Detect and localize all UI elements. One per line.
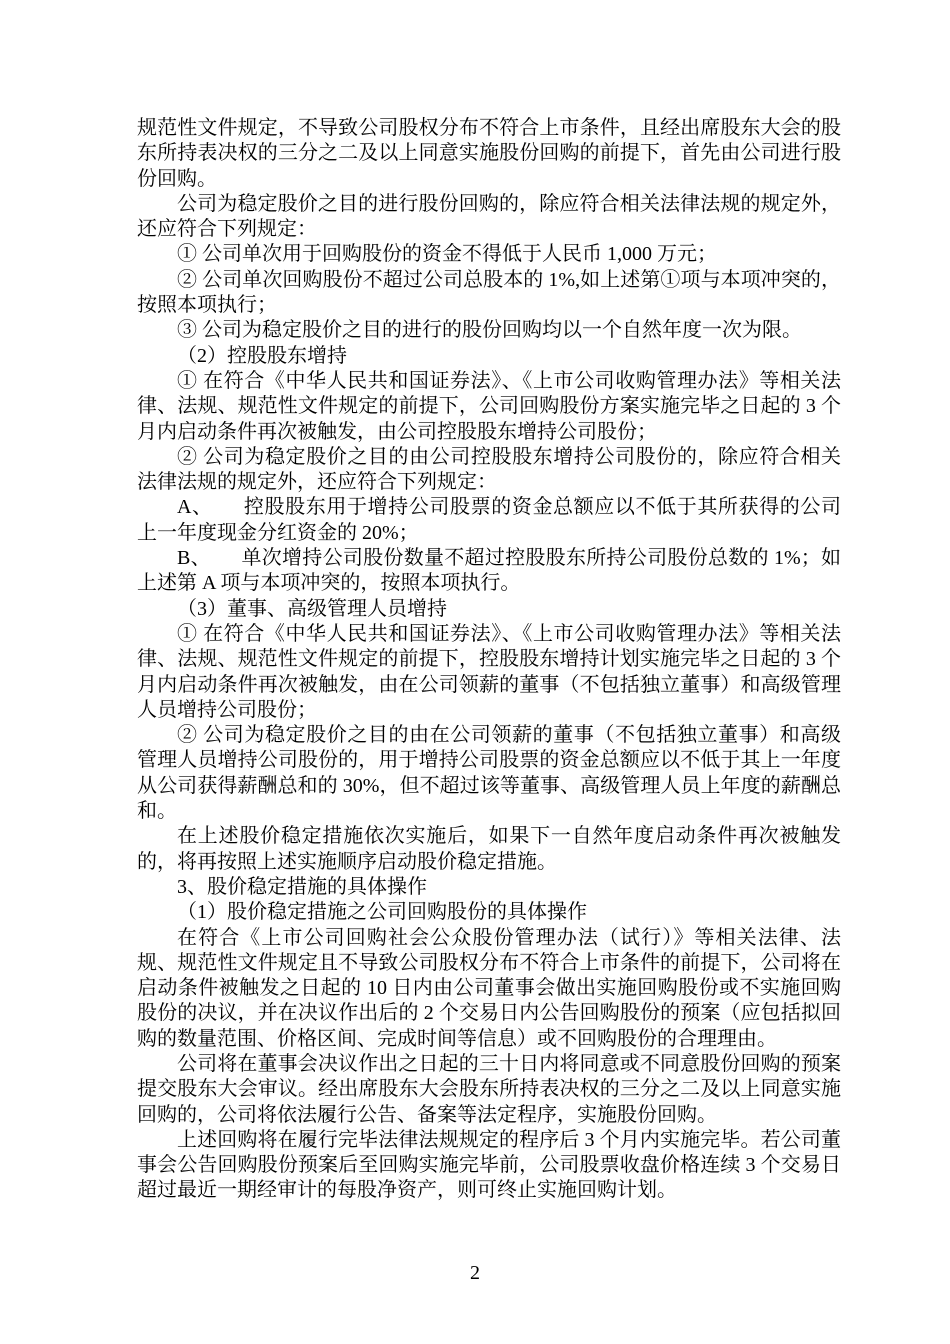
section-heading-operations-1: （1）股价稳定措施之公司回购股份的具体操作	[137, 900, 841, 925]
clause-holder-item-2: ② 公司为稳定股价之目的由公司控股股东增持公司股份的，除应符合相关法律法规的规定…	[137, 445, 841, 496]
clause-holder-sub-b: B、 单次增持公司股份数量不超过控股股东所持公司股份总数的 1%；如上述第 A …	[137, 546, 841, 597]
paragraph-operation-detail-3: 上述回购将在履行完毕法律法规规定的程序后 3 个月内实施完毕。若公司董事会公告回…	[137, 1128, 841, 1204]
page-footer: 2	[0, 1261, 950, 1285]
clause-holder-item-1: ① 在符合《中华人民共和国证券法》、《上市公司收购管理办法》等相关法律、法规、规…	[137, 369, 841, 445]
section-heading-3: （3）董事、高级管理人员增持	[137, 597, 841, 622]
clause-buyback-item-3: ③ 公司为稳定股价之目的进行的股份回购均以一个自然年度一次为限。	[137, 318, 841, 343]
document-body: 规范性文件规定，不导致公司股权分布不符合上市条件，且经出席股东大会的股东所持表决…	[137, 116, 841, 1204]
clause-holder-sub-a: A、 控股股东用于增持公司股票的资金总额应以不低于其所获得的公司上一年度现金分红…	[137, 495, 841, 546]
paragraph-operation-detail-1: 在符合《上市公司回购社会公众股份管理办法（试行）》等相关法律、法规、规范性文件规…	[137, 926, 841, 1052]
clause-director-item-1: ① 在符合《中华人民共和国证券法》、《上市公司收购管理办法》等相关法律、法规、规…	[137, 622, 841, 723]
paragraph-continuation: 规范性文件规定，不导致公司股权分布不符合上市条件，且经出席股东大会的股东所持表决…	[137, 116, 841, 192]
section-heading-2: （2）控股股东增持	[137, 344, 841, 369]
clause-director-item-2: ② 公司为稳定股价之目的由在公司领薪的董事（不包括独立董事）和高级管理人员增持公…	[137, 723, 841, 824]
clause-buyback-item-2: ② 公司单次回购股份不超过公司总股本的 1%,如上述第①项与本项冲突的，按照本项…	[137, 268, 841, 319]
paragraph-measures-sequence: 在上述股价稳定措施依次实施后，如果下一自然年度启动条件再次被触发的，将再按照上述…	[137, 824, 841, 875]
clause-buyback-item-1: ① 公司单次用于回购股份的资金不得低于人民币 1,000 万元；	[137, 242, 841, 267]
document-page: 规范性文件规定，不导致公司股权分布不符合上市条件，且经出席股东大会的股东所持表决…	[0, 0, 950, 1344]
section-heading-operations: 3、股价稳定措施的具体操作	[137, 875, 841, 900]
paragraph-operation-detail-2: 公司将在董事会决议作出之日起的三十日内将同意或不同意股份回购的预案提交股东大会审…	[137, 1052, 841, 1128]
page-number: 2	[470, 1262, 480, 1284]
paragraph-buyback-intro: 公司为稳定股价之目的进行股份回购的，除应符合相关法律法规的规定外，还应符合下列规…	[137, 192, 841, 243]
